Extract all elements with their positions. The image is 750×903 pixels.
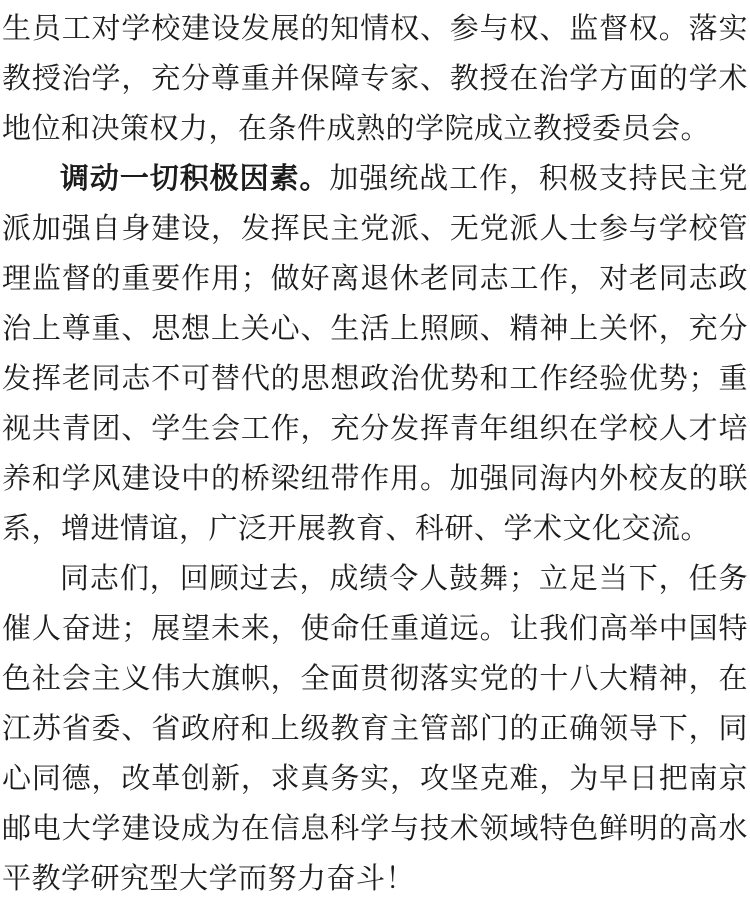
paragraph: 调动一切积极因素。加强统战工作，积极支持民主党派加强自身建设，发挥民主党派、无党… bbox=[2, 154, 748, 554]
paragraph-lead: 调动一切积极因素。 bbox=[60, 163, 329, 195]
paragraph: 生员工对学校建设发展的知情权、参与权、监督权。落实教授治学，充分尊重并保障专家、… bbox=[2, 4, 748, 154]
document-body: 生员工对学校建设发展的知情权、参与权、监督权。落实教授治学，充分尊重并保障专家、… bbox=[2, 4, 748, 903]
document-page: 生员工对学校建设发展的知情权、参与权、监督权。落实教授治学，充分尊重并保障专家、… bbox=[0, 0, 750, 903]
paragraph-text: 同志们，回顾过去，成绩令人鼓舞；立足当下，任务催人奋进；展望未来，使命任重道远。… bbox=[2, 563, 748, 895]
paragraph-text: 加强统战工作，积极支持民主党派加强自身建设，发挥民主党派、无党派人士参与学校管理… bbox=[2, 163, 748, 545]
paragraph-text: 生员工对学校建设发展的知情权、参与权、监督权。落实教授治学，充分尊重并保障专家、… bbox=[2, 13, 748, 145]
paragraph: 同志们，回顾过去，成绩令人鼓舞；立足当下，任务催人奋进；展望未来，使命任重道远。… bbox=[2, 554, 748, 903]
